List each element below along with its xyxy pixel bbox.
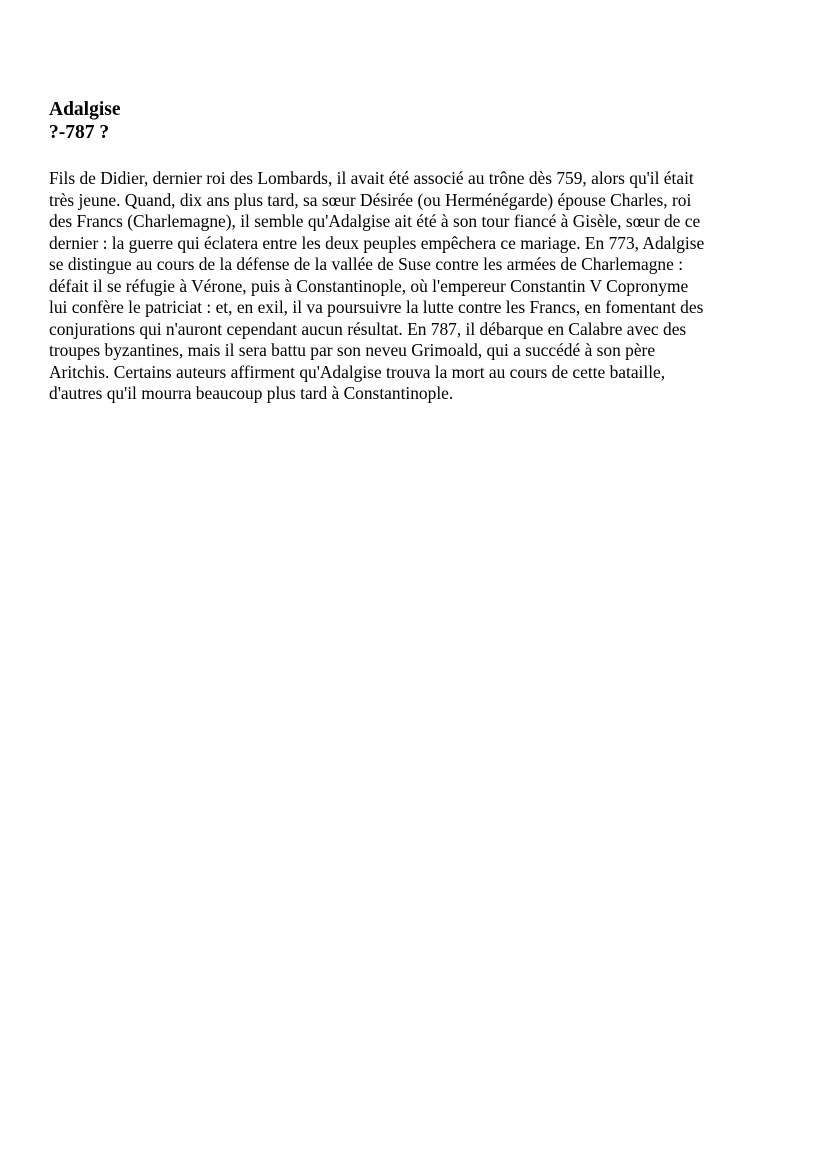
paragraph-line: des Francs (Charlemagne), il semble qu'A… <box>49 211 789 233</box>
paragraph-line: dernier : la guerre qui éclatera entre l… <box>49 233 789 255</box>
entry-dates: ?-787 ? <box>49 121 121 144</box>
paragraph-line: défait il se réfugie à Vérone, puis à Co… <box>49 276 789 298</box>
paragraph-line: lui confère le patriciat : et, en exil, … <box>49 297 789 319</box>
entry-title: Adalgise <box>49 98 121 121</box>
paragraph-line: conjurations qui n'auront cependant aucu… <box>49 319 789 341</box>
paragraph-line: troupes byzantines, mais il sera battu p… <box>49 340 789 362</box>
entry-heading: Adalgise ?-787 ? <box>49 98 121 144</box>
paragraph-line: très jeune. Quand, dix ans plus tard, sa… <box>49 190 789 212</box>
paragraph-line: Fils de Didier, dernier roi des Lombards… <box>49 168 789 190</box>
paragraph-line: Aritchis. Certains auteurs affirment qu'… <box>49 362 789 384</box>
document-page: Adalgise ?-787 ? Fils de Didier, dernier… <box>0 0 827 1170</box>
paragraph-line: d'autres qu'il mourra beaucoup plus tard… <box>49 383 789 405</box>
entry-paragraph: Fils de Didier, dernier roi des Lombards… <box>49 168 789 405</box>
paragraph-line: se distingue au cours de la défense de l… <box>49 254 789 276</box>
